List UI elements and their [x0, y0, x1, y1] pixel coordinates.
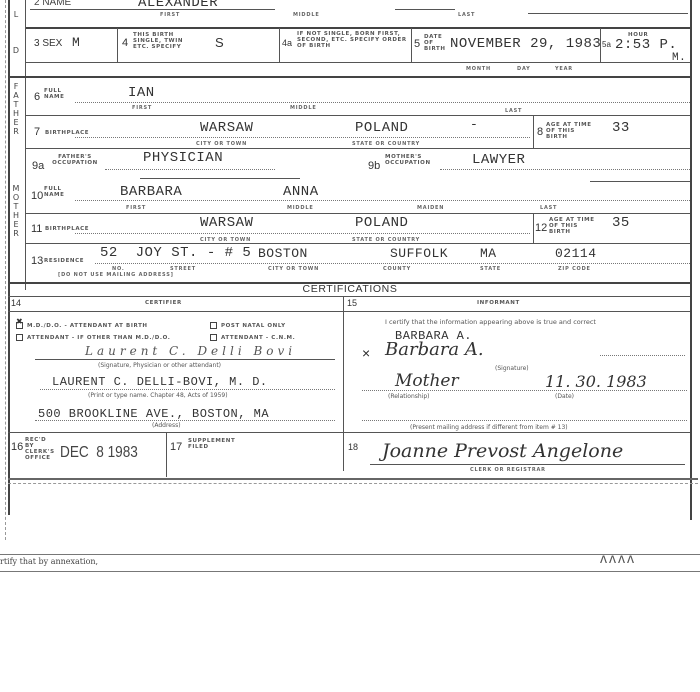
clerk-signature: Joanne Prevost Angelone — [382, 440, 623, 462]
mother-first-name: BARBARA — [120, 184, 182, 200]
mother-birth-country: POLAND — [355, 215, 408, 231]
torn-bottom-edge — [8, 478, 698, 480]
physician-address: 500 BROOKLINE AVE., BOSTON, MA — [38, 407, 269, 421]
informant-signature: Barbara A. — [385, 339, 484, 360]
mother-birth-city: WARSAW — [200, 215, 253, 231]
outer-border-right — [690, 0, 692, 520]
annotation-mark: ʌʌʌʌ — [600, 550, 636, 566]
torn-left-edge — [0, 0, 6, 540]
father-birth-city: WARSAW — [200, 120, 253, 136]
side-label-mother: MOTHER — [10, 184, 22, 238]
signature-mark-icon: × — [362, 345, 370, 361]
annotation-text: rtify that by annexation, — [0, 557, 98, 566]
side-label-child-bottom: D — [10, 46, 22, 55]
checkbox-icon[interactable] — [210, 322, 217, 329]
side-label-father: FATHER — [10, 82, 22, 136]
child-name-label: 2 NAME — [34, 0, 71, 8]
residence-street: 52 JOY ST. - # 5 — [100, 245, 251, 261]
sex-value: M — [72, 35, 80, 50]
certifier-option-other[interactable]: ATTENDANT - IF OTHER THAN M.D./D.O. — [16, 334, 170, 341]
informant-relationship: Mother — [395, 371, 459, 391]
hour-of-birth: 2:53 P. — [615, 37, 677, 53]
checkbox-icon[interactable] — [210, 334, 217, 341]
informant-date: 11. 30. 1983 — [545, 372, 647, 391]
father-age: 33 — [612, 120, 630, 136]
residence-county: SUFFOLK — [390, 246, 448, 261]
this-birth-value: S — [215, 35, 224, 50]
residence-zip: 02114 — [555, 246, 597, 261]
mother-age: 35 — [612, 215, 630, 231]
sex-label: 3 SEX — [34, 38, 62, 49]
physician-printed-name: LAURENT C. DELLI-BOVI, M. D. — [52, 375, 268, 389]
received-date-stamp: DEC 8 1983 — [60, 444, 138, 462]
father-first-name: IAN — [128, 85, 155, 101]
residence-state: MA — [480, 246, 497, 261]
mother-middle-name: ANNA — [283, 184, 319, 200]
father-occupation: PHYSICIAN — [143, 150, 223, 166]
certifier-option-postnatal[interactable]: POST NATAL ONLY — [210, 322, 286, 329]
certifications-title: CERTIFICATIONS — [0, 283, 700, 295]
checkbox-checked-icon[interactable] — [16, 322, 23, 329]
physician-signature: Laurent C. Delli Bovi — [85, 344, 296, 358]
date-of-birth: NOVEMBER 29, 1983 — [450, 36, 601, 52]
residence-city: BOSTON — [258, 246, 308, 261]
side-label-divider — [25, 0, 26, 290]
father-birth-country: POLAND — [355, 120, 408, 136]
certifier-option-cnm[interactable]: ATTENDANT - C.N.M. — [210, 334, 295, 341]
mother-occupation: LAWYER — [472, 152, 525, 168]
certifier-option-md[interactable]: M.D./D.O. - ATTENDANT AT BIRTH — [16, 322, 148, 329]
side-label-child-top: L — [10, 10, 22, 19]
checkbox-icon[interactable] — [16, 334, 23, 341]
